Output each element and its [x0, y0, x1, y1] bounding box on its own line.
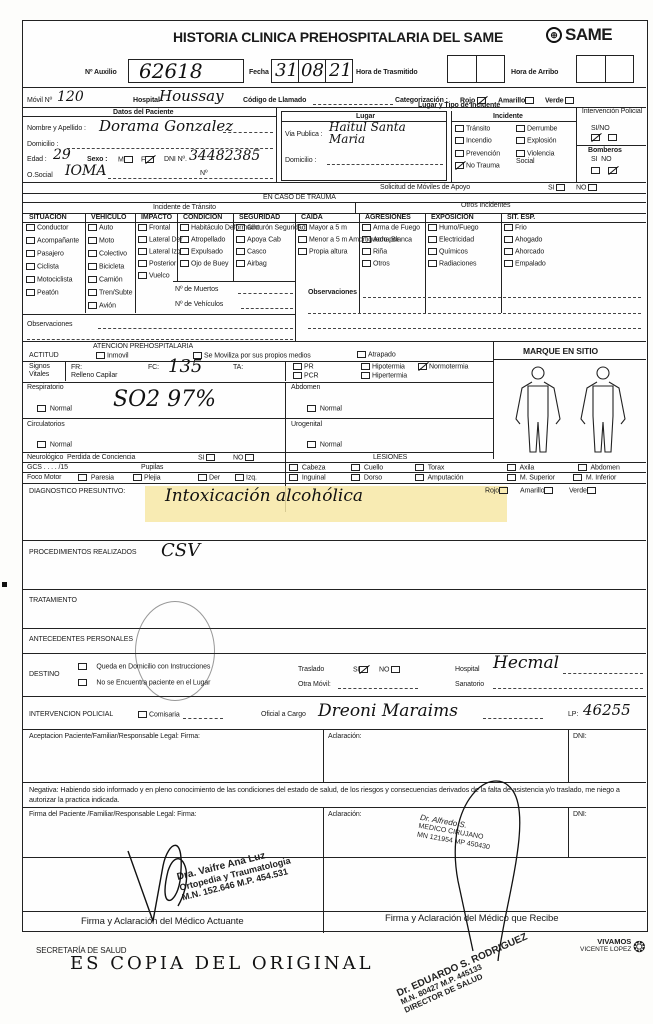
der-checkbox[interactable]: [198, 474, 207, 481]
lesion-m-superior[interactable]: M. Superior: [507, 474, 555, 481]
trauma-checkbox[interactable]: [138, 248, 147, 255]
actitud-inmovil[interactable]: Inmovil: [96, 352, 128, 359]
trauma-checkbox[interactable]: [88, 250, 97, 257]
hospital-label: Hospital: [133, 97, 160, 104]
diag-verde[interactable]: Verde: [569, 487, 598, 494]
traslado-label: Traslado: [298, 666, 324, 673]
traslado-no[interactable]: NO: [379, 666, 402, 673]
trauma-checkbox[interactable]: [504, 260, 513, 267]
diag-rojo-checkbox[interactable]: [499, 487, 508, 494]
edad-value[interactable]: 29: [53, 147, 71, 163]
trauma-checkbox[interactable]: [504, 224, 513, 231]
fc-label: FC:: [148, 364, 159, 371]
marque-sitio-title: MARQUE EN SITIO: [523, 346, 598, 356]
fc-value[interactable]: 135: [168, 356, 202, 377]
urogenital-label: Urogenital: [291, 421, 322, 428]
trauma-checkbox[interactable]: [298, 236, 307, 243]
trauma-col-title-1: VEHICULO: [91, 214, 126, 221]
oficial-value[interactable]: Dreoni Maraims: [318, 701, 458, 721]
trauma-section-title: EN CASO DE TRAUMA: [263, 194, 336, 201]
hipertermia-option[interactable]: Hipertermia: [361, 372, 407, 379]
intervencion-policial-title: Intervención Policial: [579, 108, 645, 116]
trauma-option[interactable]: Frio: [504, 224, 527, 231]
firma-recibe-label: Firma y Aclaración del Médico que Recibe: [385, 913, 558, 924]
comisaria-option[interactable]: Comisaria: [138, 711, 180, 718]
muertos-label: Nº de Muertos: [175, 286, 218, 293]
abdomen-normal-checkbox[interactable]: [307, 405, 316, 412]
respiratorio-value[interactable]: SO2 97%: [113, 387, 216, 412]
trauma-checkbox[interactable]: [88, 289, 97, 296]
dorso-checkbox[interactable]: [351, 474, 360, 481]
lugar-domicilio-label: Domicilio :: [285, 157, 316, 164]
lesion-axila[interactable]: Axila: [507, 464, 534, 471]
lp-label: LP:: [568, 711, 578, 718]
diag-amarillo-checkbox[interactable]: [544, 487, 553, 494]
atencion-section-title: ATENCION PREHOSPITALARIA: [93, 343, 193, 350]
dni-value[interactable]: 34482385: [189, 148, 260, 164]
sexo-f[interactable]: F: [141, 156, 156, 163]
trauma-option[interactable]: Moto: [88, 237, 114, 244]
trauma-checkbox[interactable]: [504, 236, 513, 243]
procedimientos-value[interactable]: CSV: [161, 540, 200, 561]
vicente-lopez-logo-icon: ❂: [633, 938, 646, 956]
gcs-label: GCS . . . . /15: [27, 464, 68, 471]
trauma-option[interactable]: Químicos: [428, 248, 468, 255]
vivamos-logo: VIVAMOS VICENTE LOPEZ: [580, 938, 631, 954]
patient-section-title: Datos del Paciente: [113, 109, 173, 116]
trauma-option[interactable]: Peatón: [26, 289, 59, 296]
hipotermia-option[interactable]: Hipotermia: [361, 363, 405, 370]
amputacion-checkbox[interactable]: [415, 474, 424, 481]
trauma-checkbox[interactable]: [298, 224, 307, 231]
negativa-aclaracion-label: Aclaración:: [328, 811, 362, 818]
destino-hospital-label: Hospital: [455, 666, 480, 673]
policial-no-checkbox[interactable]: [608, 134, 617, 141]
urogenital-normal-checkbox[interactable]: [307, 441, 316, 448]
pupilas-label: Pupilas: [141, 464, 163, 471]
trauma-checkbox[interactable]: [138, 272, 147, 279]
trauma-checkbox[interactable]: [298, 248, 307, 255]
trauma-checkbox[interactable]: [180, 248, 189, 255]
auxilio-value: 62618: [139, 59, 203, 83]
auxilio-field[interactable]: 62618: [128, 59, 244, 83]
hipertermia-checkbox[interactable]: [361, 372, 370, 379]
destino-option-domicilio[interactable]: Queda en Domicilio con Instrucciones: [78, 663, 210, 670]
same-logo-text: SAME: [565, 25, 612, 45]
incident-section-title: Lugar y Tipo de Incidente: [418, 102, 500, 109]
transito-checkbox[interactable]: [455, 125, 464, 132]
trauma-option[interactable]: Bicicleta: [88, 263, 124, 270]
destino-hospital-value[interactable]: Hecmal: [493, 653, 559, 673]
circulatorios-normal-checkbox[interactable]: [37, 441, 46, 448]
trauma-option[interactable]: Propia altura: [298, 248, 347, 255]
respiratorio-label: Respiratorio: [27, 384, 64, 391]
neurologico-label: Neurológico Perdida de Conciencia: [27, 454, 135, 461]
actitud-moviliza[interactable]: Se Moviliza por sus propios medios: [193, 352, 311, 359]
trauma-checkbox[interactable]: [236, 224, 245, 231]
sanatorio-label: Sanatorio: [455, 681, 484, 688]
incidente-transito[interactable]: Tránsito: [455, 125, 490, 132]
respiratorio-normal[interactable]: Normal: [37, 405, 72, 412]
urogenital-normal[interactable]: Normal: [307, 441, 342, 448]
copia-original-handwriting: ES COPIA DEL ORIGINAL: [70, 953, 374, 974]
trauma-option[interactable]: Expulsado: [180, 248, 223, 255]
fecha-label: Fecha: [249, 69, 269, 76]
comisaria-checkbox[interactable]: [138, 711, 147, 718]
dni-label: DNI Nº.: [164, 156, 187, 163]
nombre-value[interactable]: Dorama Gonzalez: [99, 117, 233, 135]
trauma-checkbox[interactable]: [180, 236, 189, 243]
diagnostico-value[interactable]: Intoxicación alcohólica: [165, 486, 363, 506]
incidente-explosion[interactable]: Explosión: [516, 137, 556, 144]
respiratorio-normal-checkbox[interactable]: [37, 405, 46, 412]
trauma-option[interactable]: Conductor: [26, 224, 68, 231]
lesion-cuello[interactable]: Cuello: [351, 464, 383, 471]
trauma-checkbox[interactable]: [236, 248, 245, 255]
sexo-m-checkbox[interactable]: [124, 156, 133, 163]
trauma-option[interactable]: Ahorcado: [504, 248, 544, 255]
traslado-si[interactable]: SI: [353, 666, 370, 673]
trauma-option[interactable]: Empalado: [504, 260, 546, 267]
destino-option-no-encuentra[interactable]: No se Encuentra paciente en el Lugar: [78, 679, 210, 686]
trauma-checkbox[interactable]: [362, 260, 371, 267]
trauma-option[interactable]: Camión: [88, 276, 123, 283]
trauma-checkbox[interactable]: [26, 276, 35, 283]
hipotermia-checkbox[interactable]: [361, 363, 370, 370]
foco-izq[interactable]: Izq.: [235, 474, 257, 481]
body-diagram[interactable]: [508, 364, 638, 459]
trauma-option[interactable]: Arma Blanca: [362, 236, 412, 243]
lesion-amputacion[interactable]: Amputación: [415, 474, 463, 481]
traslado-si-checkbox[interactable]: [359, 666, 368, 673]
trauma-option[interactable]: Atropellado: [180, 236, 225, 243]
trauma-checkbox[interactable]: [26, 250, 35, 257]
lesion-dorso[interactable]: Dorso: [351, 474, 382, 481]
lesion-m-inferior[interactable]: M. Inferior: [573, 474, 616, 481]
solicitud-no[interactable]: NO: [576, 184, 599, 191]
fecha-month: 08: [301, 60, 324, 81]
abdomen-label: Abdomen: [291, 384, 320, 391]
pcr-checkbox[interactable]: [293, 372, 302, 379]
lesion-abdomen-checkbox[interactable]: [578, 464, 587, 471]
vehiculos-label: Nº de Vehículos: [175, 301, 223, 308]
conciencia-no-checkbox[interactable]: [245, 454, 254, 461]
trauma-option[interactable]: Tren/Subte: [88, 289, 132, 296]
circulatorios-label: Circulatorios: [27, 421, 65, 428]
normotermia-checkbox[interactable]: [418, 363, 427, 370]
trauma-option[interactable]: Posterior: [138, 260, 176, 267]
via-publica-label: Via Publica :: [285, 131, 322, 138]
trauma-option[interactable]: Frontal: [138, 224, 170, 231]
trauma-checkbox[interactable]: [138, 260, 147, 267]
trauma-checkbox[interactable]: [428, 236, 437, 243]
fr-label: FR:: [71, 364, 82, 371]
trauma-col-title-2: IMPACTO: [141, 214, 172, 221]
actitud-label: ACTITUD: [29, 352, 59, 359]
izq-checkbox[interactable]: [235, 474, 244, 481]
trauma-option[interactable]: Ciclista: [26, 263, 59, 270]
destino-label: DESTINO: [29, 671, 59, 678]
cuello-checkbox[interactable]: [351, 464, 360, 471]
hora-arribo-field[interactable]: [576, 55, 634, 83]
trauma-option[interactable]: Vuelco: [138, 272, 170, 279]
axila-checkbox[interactable]: [507, 464, 516, 471]
trauma-checkbox[interactable]: [138, 224, 147, 231]
pcr-option[interactable]: PCR: [293, 372, 318, 379]
inmovil-checkbox[interactable]: [96, 352, 105, 359]
trauma-option[interactable]: Radiaciones: [428, 260, 476, 267]
osocial-value[interactable]: IOMA: [65, 163, 106, 179]
domicilio-checkbox[interactable]: [78, 663, 87, 670]
n-label: Nº: [200, 170, 207, 177]
solicitud-moviles-label: Solicitud de Móviles de Apoyo: [380, 184, 470, 191]
incidente-title: Incidente: [493, 113, 523, 120]
movil-value: 120: [57, 89, 84, 105]
m-inferior-checkbox[interactable]: [573, 474, 582, 481]
trauma-checkbox[interactable]: [428, 260, 437, 267]
trauma-checkbox[interactable]: [362, 248, 371, 255]
trauma-option[interactable]: Apoya Cab: [236, 236, 281, 243]
otra-movil-label: Otra Móvil:: [298, 681, 331, 688]
lesion-cabeza[interactable]: Cabeza: [289, 464, 325, 471]
trauma-checkbox[interactable]: [362, 236, 371, 243]
trauma-checkbox[interactable]: [428, 224, 437, 231]
trauma-checkbox[interactable]: [88, 237, 97, 244]
trauma-option[interactable]: Airbag: [236, 260, 267, 267]
trauma-option[interactable]: Electricidad: [428, 236, 474, 243]
aceptacion-aclaracion-label: Aclaración:: [328, 733, 362, 740]
trauma-checkbox[interactable]: [236, 236, 245, 243]
traslado-no-checkbox[interactable]: [391, 666, 400, 673]
trauma-checkbox[interactable]: [88, 263, 97, 270]
cat-verde[interactable]: Verde: [545, 97, 576, 104]
fecha-year: 21: [329, 60, 352, 81]
trauma-checkbox[interactable]: [504, 248, 513, 255]
conciencia-no[interactable]: NO: [233, 454, 256, 461]
antecedentes-label: ANTECEDENTES PERSONALES: [29, 636, 133, 643]
edad-label: Edad :: [27, 156, 47, 163]
paresia-checkbox[interactable]: [78, 474, 87, 481]
plejia-checkbox[interactable]: [133, 474, 142, 481]
lesion-abdomen[interactable]: Abdomen: [578, 464, 620, 471]
codigo-label: Código de Llamado: [243, 97, 306, 104]
trauma-checkbox[interactable]: [26, 224, 35, 231]
trauma-col-title-3: CONDICION: [183, 214, 222, 221]
incendio-checkbox[interactable]: [455, 137, 464, 144]
diagnostico-label: DIAGNOSTICO PRESUNTIVO:: [29, 488, 125, 495]
trauma-option[interactable]: Ojo de Buey: [180, 260, 228, 267]
policial-label: INTERVENCION POLICIAL: [29, 711, 113, 718]
sexo-f-checkbox[interactable]: [145, 156, 154, 163]
no-encuentra-checkbox[interactable]: [78, 679, 87, 686]
transito-title: Incidente de Tránsito: [153, 204, 216, 211]
bomberos-si-checkbox[interactable]: [591, 167, 600, 174]
trauma-checkbox[interactable]: [180, 260, 189, 267]
diag-amarillo[interactable]: Amarillo: [520, 487, 555, 494]
prevencion-checkbox[interactable]: [455, 150, 464, 157]
trauma-option[interactable]: Humo/Fuego: [428, 224, 478, 231]
ta-label: TA:: [233, 364, 243, 371]
trauma-col-title-8: SIT. ESP.: [507, 214, 535, 221]
pr-option[interactable]: PR: [293, 363, 314, 370]
trauma-option[interactable]: Ahogado: [504, 236, 542, 243]
inguinal-checkbox[interactable]: [289, 474, 298, 481]
trauma-option[interactable]: Acompañante: [26, 237, 79, 244]
hora-trasmitido-field[interactable]: [447, 55, 505, 83]
trauma-col-title-4: SEGURIDAD: [239, 214, 280, 221]
trauma-checkbox[interactable]: [362, 224, 371, 231]
via-publica-value[interactable]: Haitul Santa Maria: [329, 121, 409, 145]
verde-checkbox[interactable]: [565, 97, 574, 104]
hora-arribo-label: Hora de Arribo: [511, 69, 558, 76]
incidente-incendio[interactable]: Incendio: [455, 137, 492, 144]
oficial-label: Oficial a Cargo: [261, 711, 306, 718]
observaciones-label: Observaciones: [27, 321, 72, 328]
negativa-text: Negativa: Habiendo sido informado y en p…: [29, 785, 641, 805]
diag-verde-checkbox[interactable]: [587, 487, 596, 494]
trauma-option[interactable]: Avión: [88, 302, 116, 309]
diag-rojo[interactable]: Rojo: [485, 487, 510, 494]
pr-checkbox[interactable]: [293, 363, 302, 370]
signature-recibe: [423, 761, 543, 961]
nombre-label: Nombre y Apellido :: [27, 125, 86, 132]
solicitud-si[interactable]: SI: [548, 184, 567, 191]
trauma-option[interactable]: Otros: [362, 260, 390, 267]
trauma-checkbox[interactable]: [26, 237, 35, 244]
circulatorios-normal[interactable]: Normal: [37, 441, 72, 448]
no-trauma-checkbox[interactable]: [455, 162, 464, 169]
relleno-capilar-label: Relleno Capilar: [71, 372, 117, 379]
conciencia-si-checkbox[interactable]: [206, 454, 215, 461]
foco-motor-label: Foco Motor: [27, 474, 61, 481]
trauma-checkbox[interactable]: [138, 236, 147, 243]
aceptacion-dni-label: DNI:: [573, 733, 587, 740]
trauma-option[interactable]: Riña: [362, 248, 387, 255]
actitud-atrapado[interactable]: Atrapado: [357, 351, 396, 358]
trauma-checkbox[interactable]: [26, 263, 35, 270]
incidente-derrumbe[interactable]: Derrumbe: [516, 125, 557, 132]
trauma-checkbox[interactable]: [88, 302, 97, 309]
abdomen-normal[interactable]: Normal: [307, 405, 342, 412]
trauma-option[interactable]: Arma de Fuego: [362, 224, 420, 231]
sexo-m[interactable]: M: [118, 156, 135, 163]
incidente-no-trauma[interactable]: No Trauma: [455, 162, 500, 169]
movil-label: Móvil Nº: [27, 97, 52, 104]
bomberos-si-no: SI NO: [591, 156, 611, 163]
hospital-value: Houssay: [159, 87, 224, 105]
signature-actuante: [108, 811, 248, 931]
lp-value[interactable]: 46255: [583, 701, 631, 719]
tratamiento-label: TRATAMIENTO: [29, 597, 77, 604]
incidente-prevencion[interactable]: Prevención: [455, 150, 500, 157]
trauma-checkbox[interactable]: [88, 224, 97, 231]
hora-trasmitido-label: Hora de Trasmitido: [356, 69, 418, 76]
firma-actuante-label: Firma y Aclaración del Médico Actuante: [81, 916, 244, 927]
lesiones-title: LESIONES: [373, 454, 407, 461]
lesion-inguinal[interactable]: Inguinal: [289, 474, 326, 481]
fecha-field[interactable]: 31 08 21: [271, 59, 353, 83]
otros-incidentes-title: Otros Incidentes: [461, 202, 510, 209]
amarillo-checkbox[interactable]: [525, 97, 534, 104]
trauma-checkbox[interactable]: [236, 260, 245, 267]
clinical-history-form: HISTORIA CLINICA PREHOSPITALARIA DEL SAM…: [22, 20, 648, 932]
solicitud-si-checkbox[interactable]: [556, 184, 565, 191]
explosion-checkbox[interactable]: [516, 137, 525, 144]
osocial-label: O.Social: [27, 172, 53, 179]
violencia-checkbox[interactable]: [516, 150, 525, 157]
procedimientos-label: PROCEDIMIENTOS REALIZADOS: [29, 549, 136, 556]
trauma-col-title-5: CAIDA: [301, 214, 323, 221]
trauma-checkbox[interactable]: [428, 248, 437, 255]
policial-si-checkbox[interactable]: [591, 134, 600, 141]
trauma-option[interactable]: Lateral Der: [138, 236, 183, 243]
same-emblem-icon: ⊕: [546, 27, 562, 43]
policial-si-no: SI/NO: [591, 125, 610, 132]
trauma-checkbox[interactable]: [88, 276, 97, 283]
negativa-dni-label: DNI:: [573, 811, 587, 818]
observaciones-trauma-label: Observaciones: [308, 289, 357, 296]
trauma-checkbox[interactable]: [26, 289, 35, 296]
trauma-option[interactable]: Lateral Izq: [138, 248, 181, 255]
foco-der[interactable]: Der: [198, 474, 220, 481]
bomberos-title: Bomberos: [588, 147, 622, 154]
trauma-col-title-6: AGRESIONES: [365, 214, 411, 221]
same-logo: ⊕ SAME: [546, 25, 636, 49]
m-superior-checkbox[interactable]: [507, 474, 516, 481]
trauma-col-title-0: SITUACION: [29, 214, 67, 221]
derrumbe-checkbox[interactable]: [516, 125, 525, 132]
foco-paresia[interactable]: Paresia: [78, 474, 114, 481]
signos-vitales-label: Signos Vitales: [29, 363, 59, 379]
scan-mark: [2, 582, 7, 587]
incidente-violencia[interactable]: Violencia Social: [516, 150, 574, 166]
lesion-torax[interactable]: Torax: [415, 464, 444, 471]
normotermia-option[interactable]: Normotermia: [418, 363, 468, 370]
trauma-checkbox[interactable]: [180, 224, 189, 231]
trauma-col-title-7: EXPOSICION: [431, 214, 474, 221]
solicitud-no-checkbox[interactable]: [588, 184, 597, 191]
aceptacion-firma-label: Aceptacion Paciente/Familiar/Responsable…: [29, 733, 200, 740]
torax-checkbox[interactable]: [415, 464, 424, 471]
trauma-option[interactable]: Mayor a 5 m: [298, 224, 347, 231]
trauma-option[interactable]: Motociclista: [26, 276, 72, 283]
auxilio-label: Nº Auxilio: [85, 69, 117, 76]
trauma-option[interactable]: Colectivo: [88, 250, 127, 257]
cabeza-checkbox[interactable]: [289, 464, 298, 471]
trauma-option[interactable]: Pasajero: [26, 250, 64, 257]
atrapado-checkbox[interactable]: [357, 351, 366, 358]
fecha-day: 31: [275, 60, 298, 81]
conciencia-si[interactable]: SI: [198, 454, 217, 461]
form-title: HISTORIA CLINICA PREHOSPITALARIA DEL SAM…: [173, 29, 503, 45]
cat-amarillo[interactable]: Amarillo: [498, 97, 536, 104]
trauma-option[interactable]: Auto: [88, 224, 113, 231]
foco-plejia[interactable]: Plejia: [133, 474, 161, 481]
bomberos-no-checkbox[interactable]: [608, 167, 617, 174]
lugar-title: Lugar: [356, 113, 375, 120]
trauma-option[interactable]: Casco: [236, 248, 266, 255]
sexo-label: Sexo :: [87, 156, 107, 163]
